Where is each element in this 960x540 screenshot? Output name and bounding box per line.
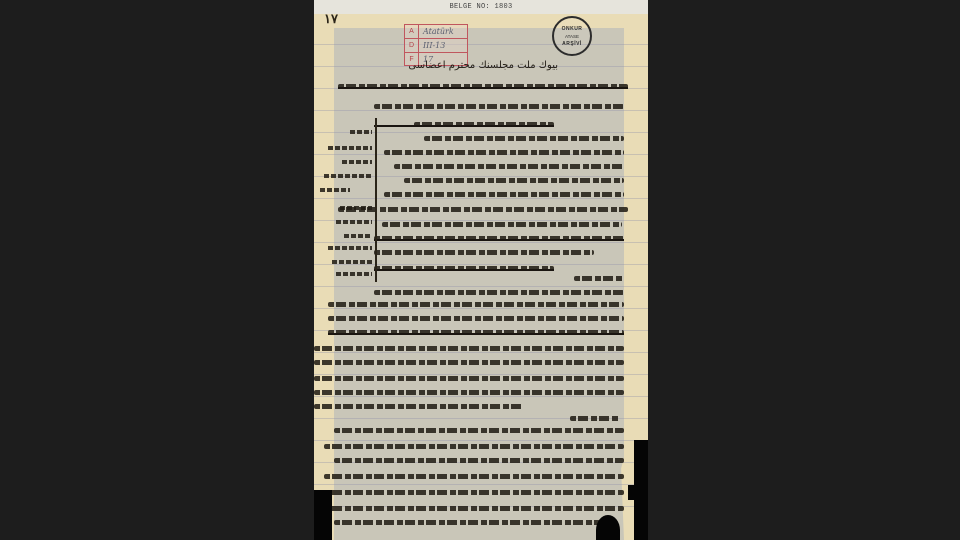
paper-tear	[596, 515, 620, 540]
adf-row-d: D III-13	[405, 39, 467, 53]
scan-edge-left	[314, 490, 332, 540]
document-heading: بيوك ملت مجلسنك محترم اعضاسى	[408, 60, 558, 71]
document-number: BELGE NO: 1803	[314, 3, 648, 11]
document-scan: BELGE NO: 1803 ١٧ A Atatürk D III-13 F 1…	[314, 0, 648, 540]
header-strip: BELGE NO: 1803	[314, 0, 648, 14]
margin-bracket-line	[375, 118, 377, 282]
corner-annotation: ١٧	[324, 12, 338, 27]
round-archive-stamp: ONKUR ATASE ARŞİVİ	[552, 16, 592, 56]
adf-row-a: A Atatürk	[405, 25, 467, 39]
